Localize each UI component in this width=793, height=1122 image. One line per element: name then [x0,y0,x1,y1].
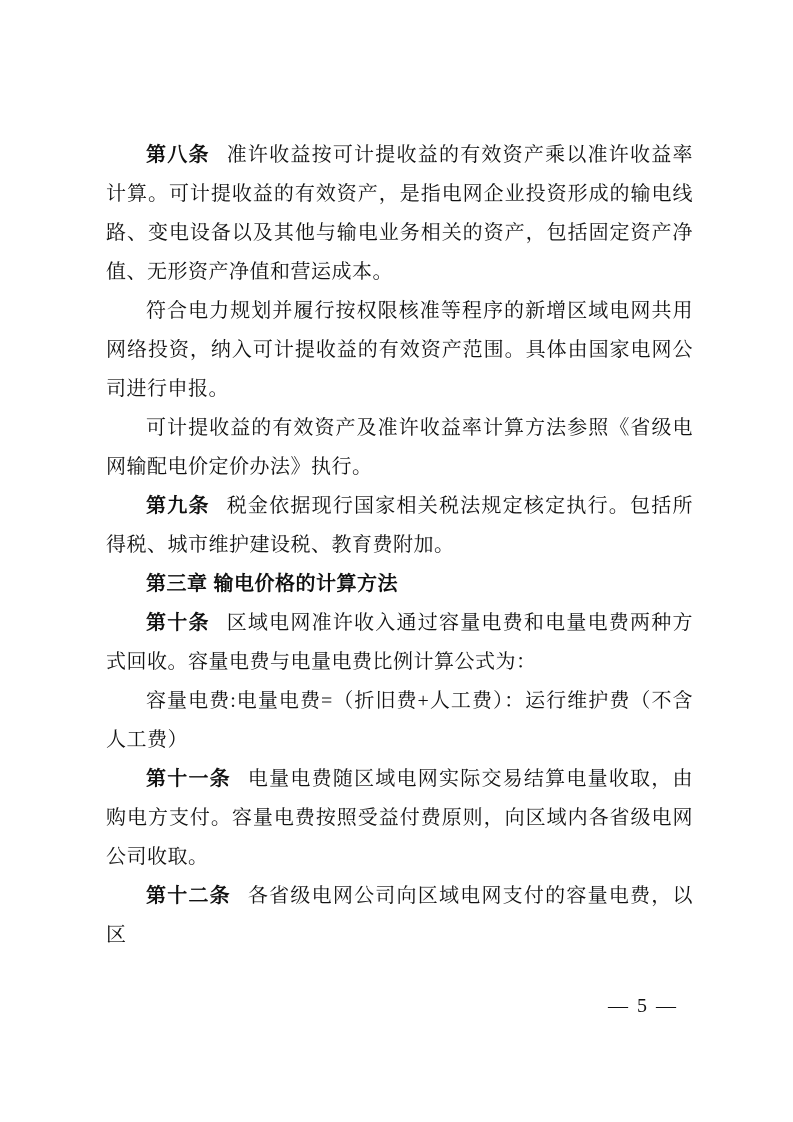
paragraph-formula: 容量电费:电量电费=（折旧费+人工费）：运行维护费（不含人工费） [106,682,693,760]
page-number: — 5 — [608,993,678,1019]
article-number: 第八条 [146,144,210,166]
paragraph-text: 符合电力规划并履行按权限核准等程序的新增区域电网共用网络投资，纳入可计提收益的有… [106,300,693,400]
paragraph-article-10: 第十条区域电网准许收入通过容量电费和电量电费两种方式回收。容量电费与电量电费比例… [106,604,693,682]
paragraph-article-12: 第十二条各省级电网公司向区域电网支付的容量电费，以区 [106,877,693,955]
paragraph-text: 可计提收益的有效资产及准许收益率计算方法参照《省级电网输配电价定价办法》执行。 [106,417,693,478]
document-body: 第八条准许收益按可计提收益的有效资产乘以准许收益率计算。可计提收益的有效资产，是… [106,136,693,955]
paragraph-text: 容量电费:电量电费=（折旧费+人工费）：运行维护费（不含人工费） [106,690,693,751]
paragraph-article-11: 第十一条电量电费随区域电网实际交易结算电量收取，由购电方支付。容量电费按照受益付… [106,760,693,877]
article-number: 第十一条 [146,768,231,790]
paragraph-article-9: 第九条税金依据现行国家相关税法规定核定执行。包括所得税、城市维护建设税、教育费附… [106,487,693,565]
paragraph: 可计提收益的有效资产及准许收益率计算方法参照《省级电网输配电价定价办法》执行。 [106,409,693,487]
article-number: 第十条 [146,612,210,634]
document-page: 第八条准许收益按可计提收益的有效资产乘以准许收益率计算。可计提收益的有效资产，是… [0,0,793,1122]
article-number: 第十二条 [146,885,231,907]
article-number: 第九条 [146,495,210,517]
paragraph: 符合电力规划并履行按权限核准等程序的新增区域电网共用网络投资，纳入可计提收益的有… [106,292,693,409]
chapter-heading: 第三章 输电价格的计算方法 [106,565,693,604]
paragraph-article-8: 第八条准许收益按可计提收益的有效资产乘以准许收益率计算。可计提收益的有效资产，是… [106,136,693,292]
